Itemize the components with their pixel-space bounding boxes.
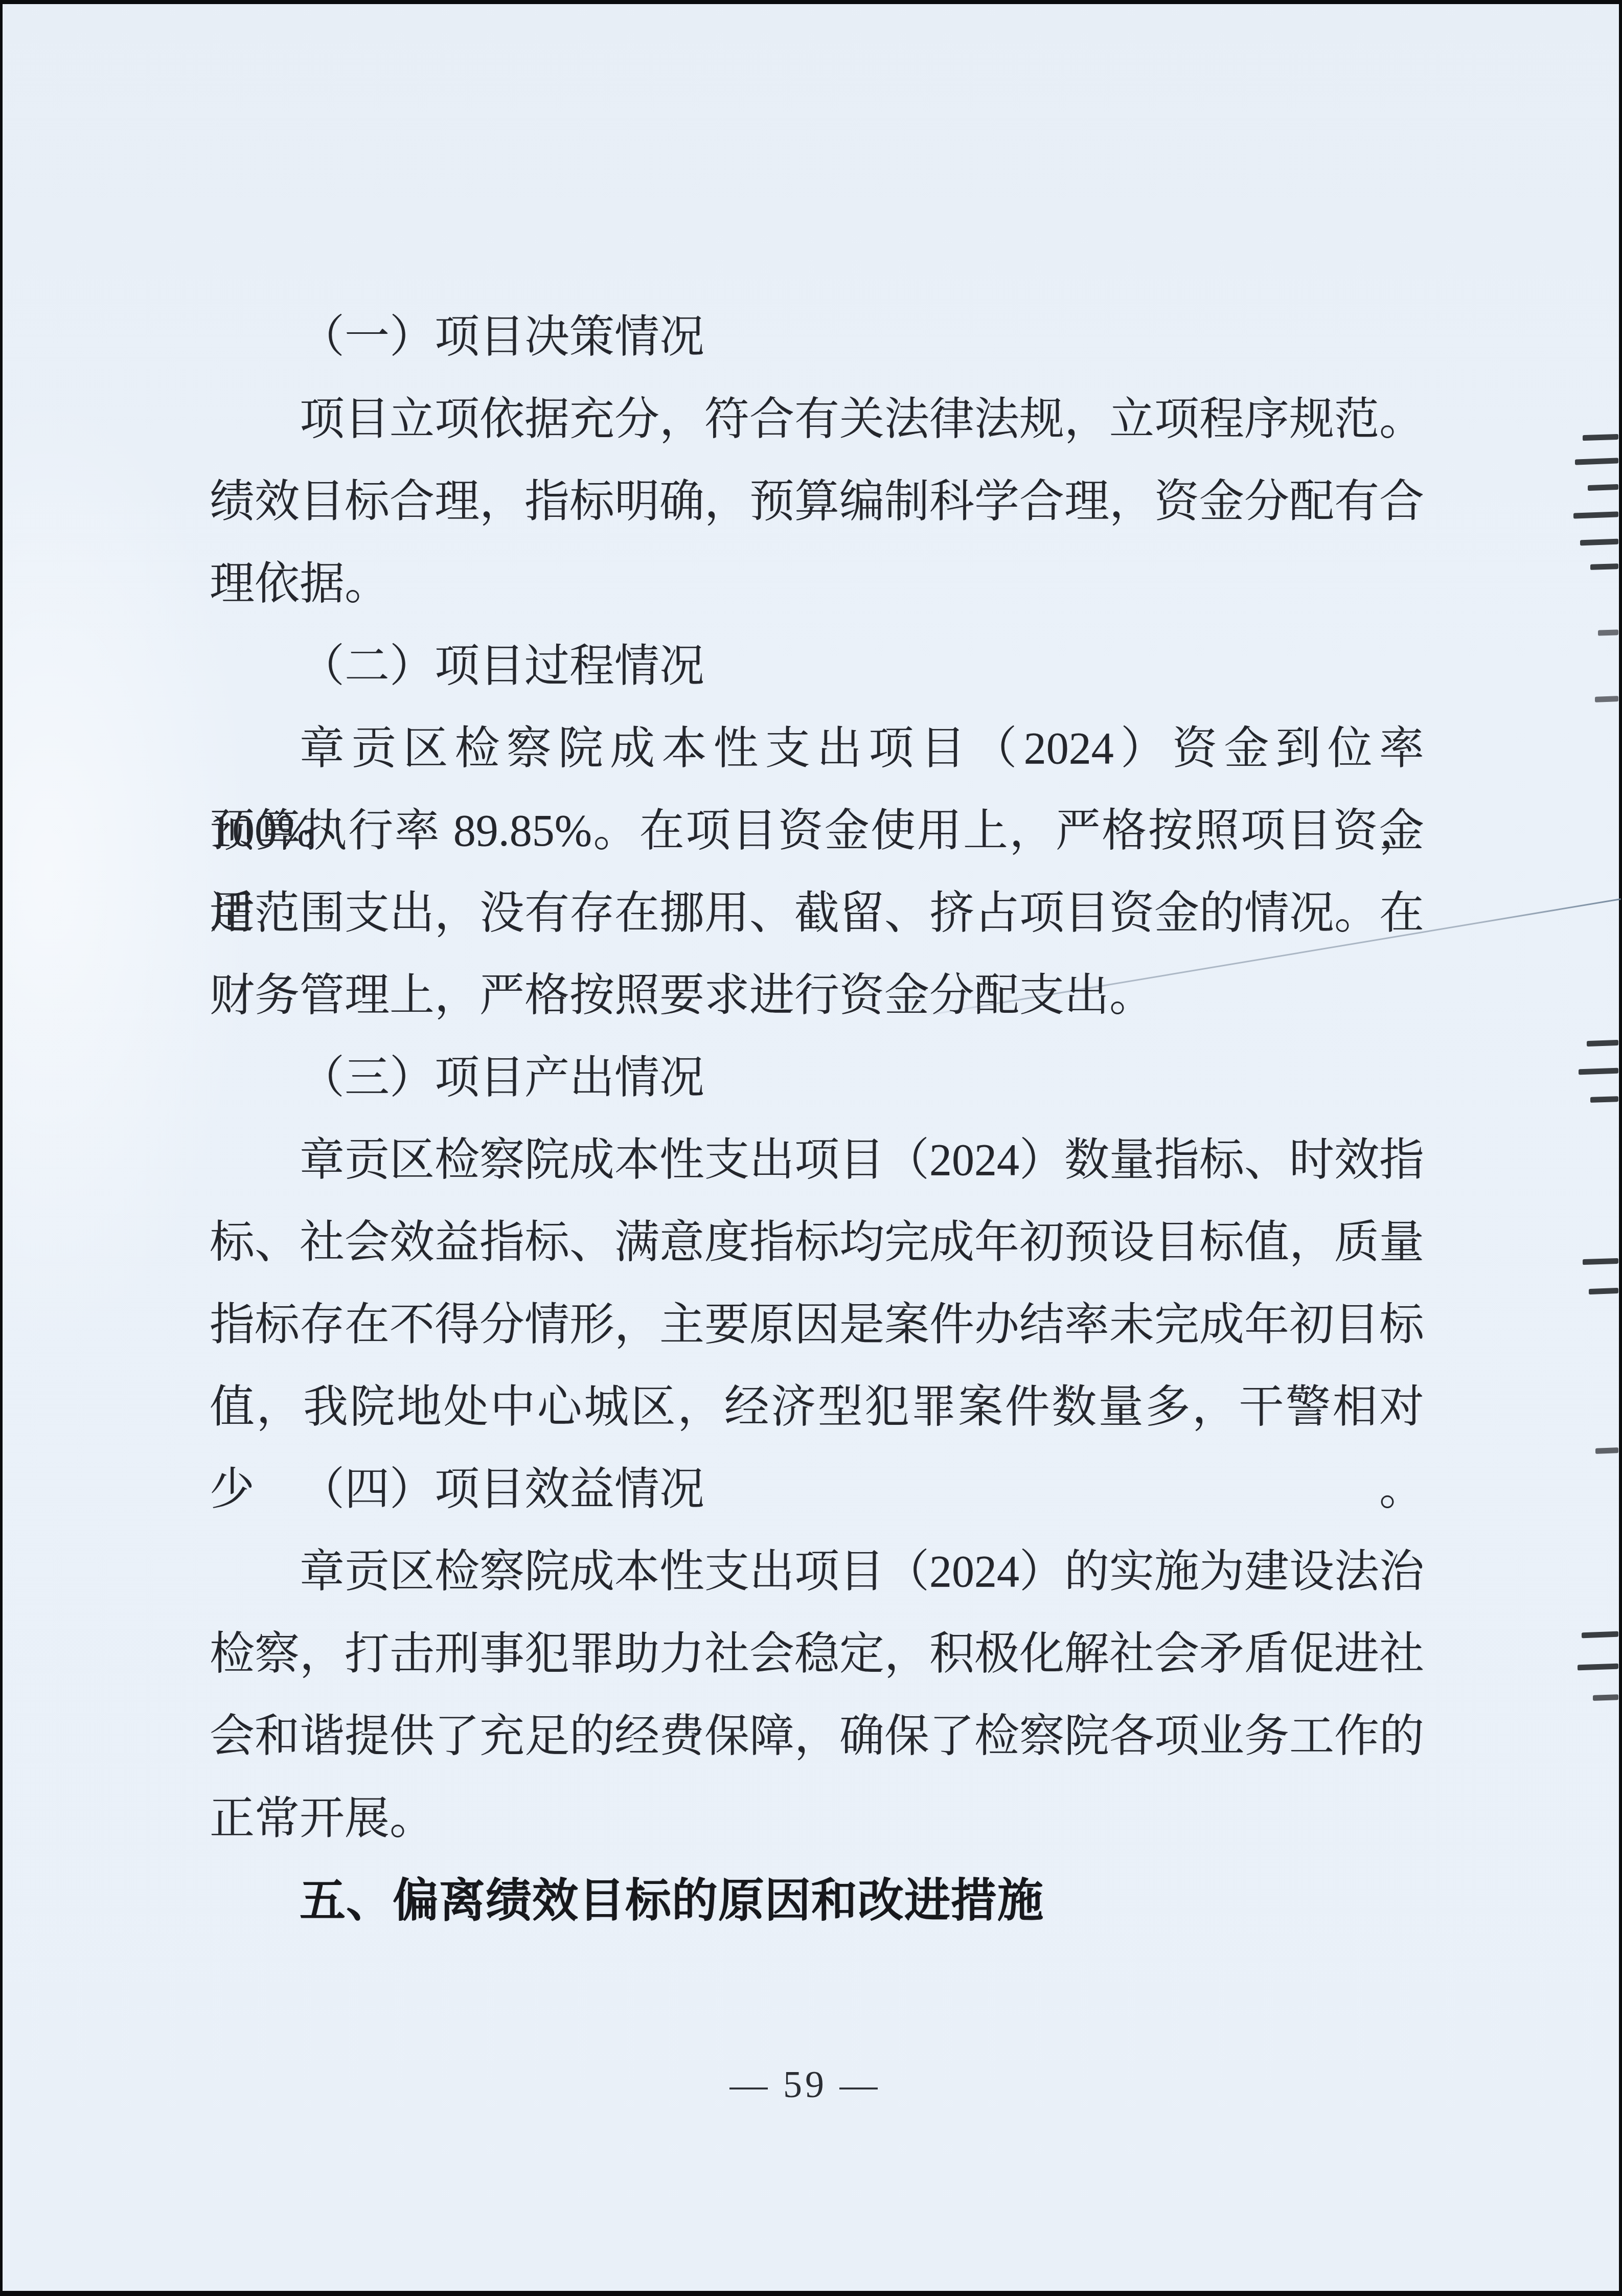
body-line: 章贡区检察院成本性支出项目（2024）数量指标、时效指 xyxy=(210,1119,1424,1201)
body-line: 章贡区检察院成本性支出项目（2024）的实施为建设法治 xyxy=(210,1531,1424,1613)
body-line: 指标存在不得分情形，主要原因是案件办结率未完成年初目标 xyxy=(210,1284,1424,1366)
section-heading-1: （一）项目决策情况 xyxy=(210,296,1424,378)
body-line: 标、社会效益指标、满意度指标均完成年初预设目标值，质量 xyxy=(210,1201,1424,1284)
body-line: 预算执行率 89.85%。在项目资金使用上，严格按照项目资金适 xyxy=(210,790,1424,872)
body-line: 检察，打击刑事犯罪助力社会稳定，积极化解社会矛盾促进社 xyxy=(210,1613,1424,1695)
document-body: （一）项目决策情况 项目立项依据充分，符合有关法律法规，立项程序规范。 绩效目标… xyxy=(210,296,1424,1942)
body-line: 理依据。 xyxy=(210,543,1424,625)
body-line: 用范围支出，没有存在挪用、截留、挤占项目资金的情况。在 xyxy=(210,872,1424,954)
body-line: 绩效目标合理，指标明确，预算编制科学合理，资金分配有合 xyxy=(210,461,1424,543)
body-line: 正常开展。 xyxy=(210,1778,1424,1860)
scan-edge-bottom xyxy=(0,2291,1622,2296)
section-heading-2: （二）项目过程情况 xyxy=(210,625,1424,708)
body-line: 项目立项依据充分，符合有关法律法规，立项程序规范。 xyxy=(210,378,1424,461)
body-line: 章贡区检察院成本性支出项目（2024）资金到位率 100%， xyxy=(210,708,1424,790)
scan-edge-top xyxy=(0,0,1622,4)
section-heading-3: （三）项目产出情况 xyxy=(210,1037,1424,1119)
scan-edge-right xyxy=(1619,3,1622,2296)
body-line: 值，我院地处中心城区，经济型犯罪案件数量多，干警相对少。 xyxy=(210,1366,1424,1448)
body-line: 会和谐提供了充足的经费保障，确保了检察院各项业务工作的 xyxy=(210,1695,1424,1778)
scan-edge-left xyxy=(0,0,3,2296)
major-heading-5: 五、偏离绩效目标的原因和改进措施 xyxy=(210,1860,1424,1942)
page-footer-number: — 59 — xyxy=(0,2059,1610,2110)
body-line: 财务管理上，严格按照要求进行资金分配支出。 xyxy=(210,954,1424,1037)
scanned-document-page: （一）项目决策情况 项目立项依据充分，符合有关法律法规，立项程序规范。 绩效目标… xyxy=(0,0,1622,2296)
